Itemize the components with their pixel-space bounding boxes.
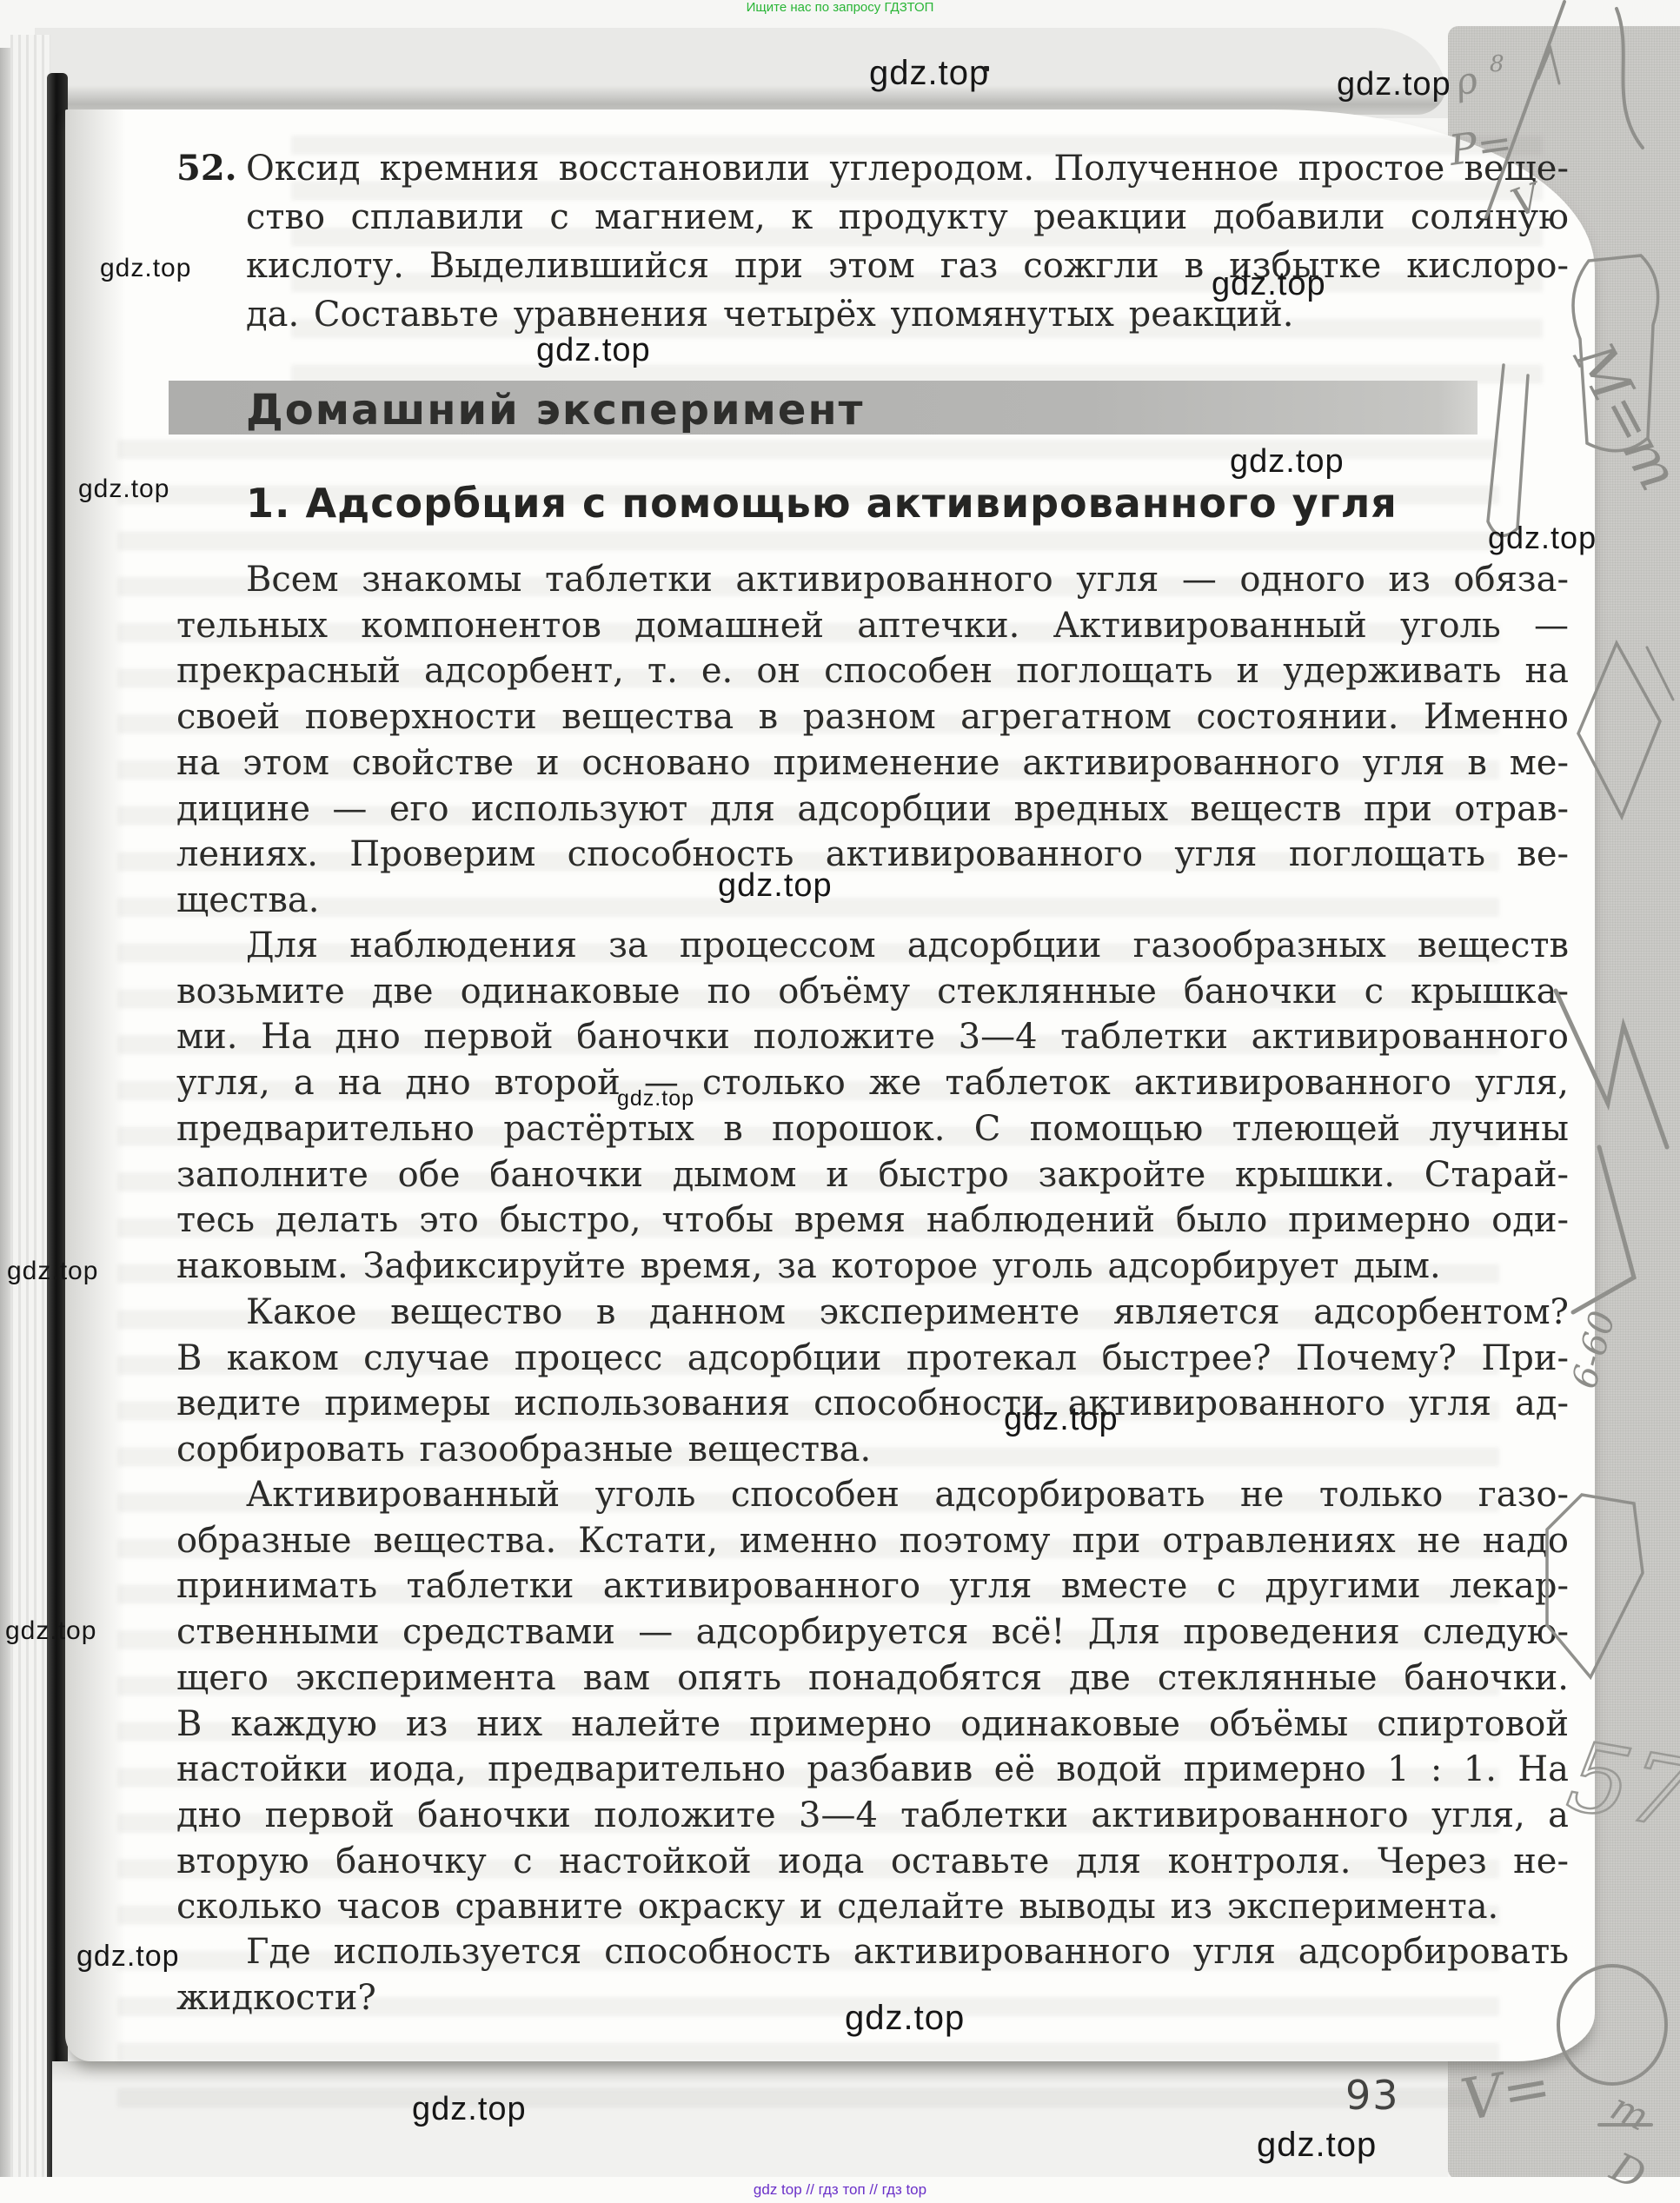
text-line: предварительно растёртых в порошок. С по… [176, 1106, 1569, 1152]
banner-title: Домашний эксперимент [246, 386, 864, 435]
doodle-6-60: 6-60 [1564, 1307, 1624, 1393]
doodle-57: 57 [1560, 1721, 1680, 1851]
watermark-dot [984, 66, 989, 71]
watermark-gdztop: gdz.top [7, 1257, 98, 1286]
paragraph: Для наблюдения за процессом адсорбции га… [176, 923, 1569, 1290]
text-line: В каждую из них налейте примерно одинако… [176, 1702, 1569, 1748]
text-line: угля, а на дно второй — столько же табле… [176, 1060, 1569, 1106]
page-text-layer: 52. Оксид кремния восстановили углеродом… [0, 0, 1680, 2203]
watermark-gdztop: gdz.top [5, 1616, 96, 1646]
watermark-gdztop: gdz.top [1337, 66, 1451, 103]
doodle-m-equals-m: M=m [1560, 332, 1680, 501]
text-line: дно первой баночки положите 3—4 таблетки… [176, 1793, 1569, 1839]
text-line: прекрасный адсорбент, т. е. он способен … [176, 648, 1569, 694]
text-line: наковым. Зафиксируйте время, за которое … [176, 1244, 1569, 1290]
text-line: Активированный уголь способен адсорбиров… [176, 1472, 1569, 1518]
text-line: В каком случае процесс адсорбции протека… [176, 1336, 1569, 1382]
text-line: Для наблюдения за процессом адсорбции га… [176, 923, 1569, 969]
text-line: кислоту. Выделившийся при этом газ сожгл… [246, 242, 1569, 290]
watermark-gdztop: gdz.top [718, 867, 833, 905]
doodle-p-equals: P= [1445, 118, 1516, 176]
watermark-gdztop: gdz.top [1230, 443, 1345, 481]
watermark-gdztop: gdz.top [617, 1086, 694, 1111]
doodle-diamond [1578, 643, 1660, 817]
text-line: Оксид кремния восстановили углеродом. По… [246, 144, 1569, 193]
watermark-gdztop: gdz.top [536, 332, 651, 369]
experiment-title: 1. Адсорбция с помощью активированного у… [246, 480, 1398, 527]
text-line: ми. На дно первой баночки положите 3—4 т… [176, 1014, 1569, 1060]
text-line: ведите примеры использования способности… [176, 1381, 1569, 1427]
watermark-gdztop: gdz.top [1488, 520, 1597, 556]
text-line: на этом свойстве и основано применение а… [176, 740, 1569, 786]
watermark-gdztop: gdz.top [845, 1999, 965, 2038]
text-line: тесь делать это быстро, чтобы время набл… [176, 1198, 1569, 1244]
text-line: Где используется способность активирован… [176, 1929, 1569, 1975]
text-line: да. Составьте уравнения четырёх упомянут… [246, 290, 1569, 339]
text-line: возьмите две одинаковые по объёму стекля… [176, 969, 1569, 1015]
watermark-gdztop: gdz.top [1257, 2126, 1377, 2165]
paragraph: Какое вещество в данном эксперименте явл… [176, 1290, 1569, 1473]
doodle-zigzag [1573, 1147, 1634, 1312]
watermark-gdztop: gdz.top [100, 254, 191, 283]
text-line: ственными средствами — адсорбируется всё… [176, 1609, 1569, 1656]
watermark-gdztop: gdz.top [412, 2091, 527, 2128]
doodle-rho: ρ [1451, 58, 1482, 104]
text-line: дицине — его используют для адсорбции вр… [176, 786, 1569, 833]
text-line: ство сплавили с магнием, к продукту реак… [246, 193, 1569, 242]
doodle-m-numerator: m [1604, 2085, 1655, 2140]
doodle-stroke [1647, 647, 1673, 700]
text-line: сорбировать газообразные вещества. [176, 1427, 1569, 1473]
text-line: заполните обе баночки дымом и быстро зак… [176, 1152, 1569, 1198]
text-line: принимать таблетки активированного угля … [176, 1563, 1569, 1609]
cover-doodles: ρ 8 P= V M=m 6-60 57 V= m D [1434, 0, 1680, 2203]
text-line: Какое вещество в данном эксперименте явл… [176, 1290, 1569, 1336]
doodle-test-tube [1488, 365, 1528, 535]
problem-52: 52. Оксид кремния восстановили углеродом… [246, 144, 1569, 339]
doodle-v-equals: V= [1456, 2053, 1556, 2134]
watermark-gdztop: gdz.top [76, 1940, 180, 1974]
watermark-gdztop: gdz.top [1004, 1401, 1119, 1438]
doodle-d-denominator: D [1603, 2143, 1652, 2200]
doodle-v: V [1505, 174, 1550, 226]
watermark-gdztop: gdz.top [869, 54, 989, 93]
section-banner: Домашний эксперимент [169, 381, 1477, 435]
doodle-zigzag [1556, 991, 1667, 1147]
text-line: Всем знакомы таблетки активированного уг… [176, 557, 1569, 603]
watermark-gdztop: gdz.top [1212, 266, 1326, 303]
doodle-eight: 8 [1490, 51, 1504, 77]
page-number: 93 [1345, 2072, 1400, 2119]
text-line: сколько часов сравните окраску и сделайт… [176, 1884, 1569, 1930]
text-line: настойки иода, предварительно разбавив е… [176, 1747, 1569, 1793]
text-line: образные вещества. Кстати, именно поэтом… [176, 1518, 1569, 1564]
doodle-oval [1558, 1966, 1666, 2084]
paragraph: Всем знакомы таблетки активированного уг… [176, 557, 1569, 924]
text-line: щего эксперимента вам опять понадобятся … [176, 1656, 1569, 1702]
text-line: щества. [176, 878, 1569, 924]
problem-number: 52. [176, 144, 237, 193]
watermark-gdztop: gdz.top [78, 474, 169, 504]
text-line: лениях. Проверим способность активирован… [176, 832, 1569, 878]
doodle-flask-2 [1547, 1495, 1643, 1677]
doodle-stroke [1617, 9, 1643, 148]
text-line: тельных компонентов домашней аптечки. Ак… [176, 603, 1569, 649]
text-line: своей поверхности вещества в разном агре… [176, 694, 1569, 740]
paragraph: Активированный уголь способен адсорбиров… [176, 1472, 1569, 1930]
text-line: вторую баночку с настойкой иода оставьте… [176, 1839, 1569, 1885]
book-page-scan: ρ 8 P= V M=m 6-60 57 V= m D 52. Оксид кр… [0, 0, 1680, 2203]
